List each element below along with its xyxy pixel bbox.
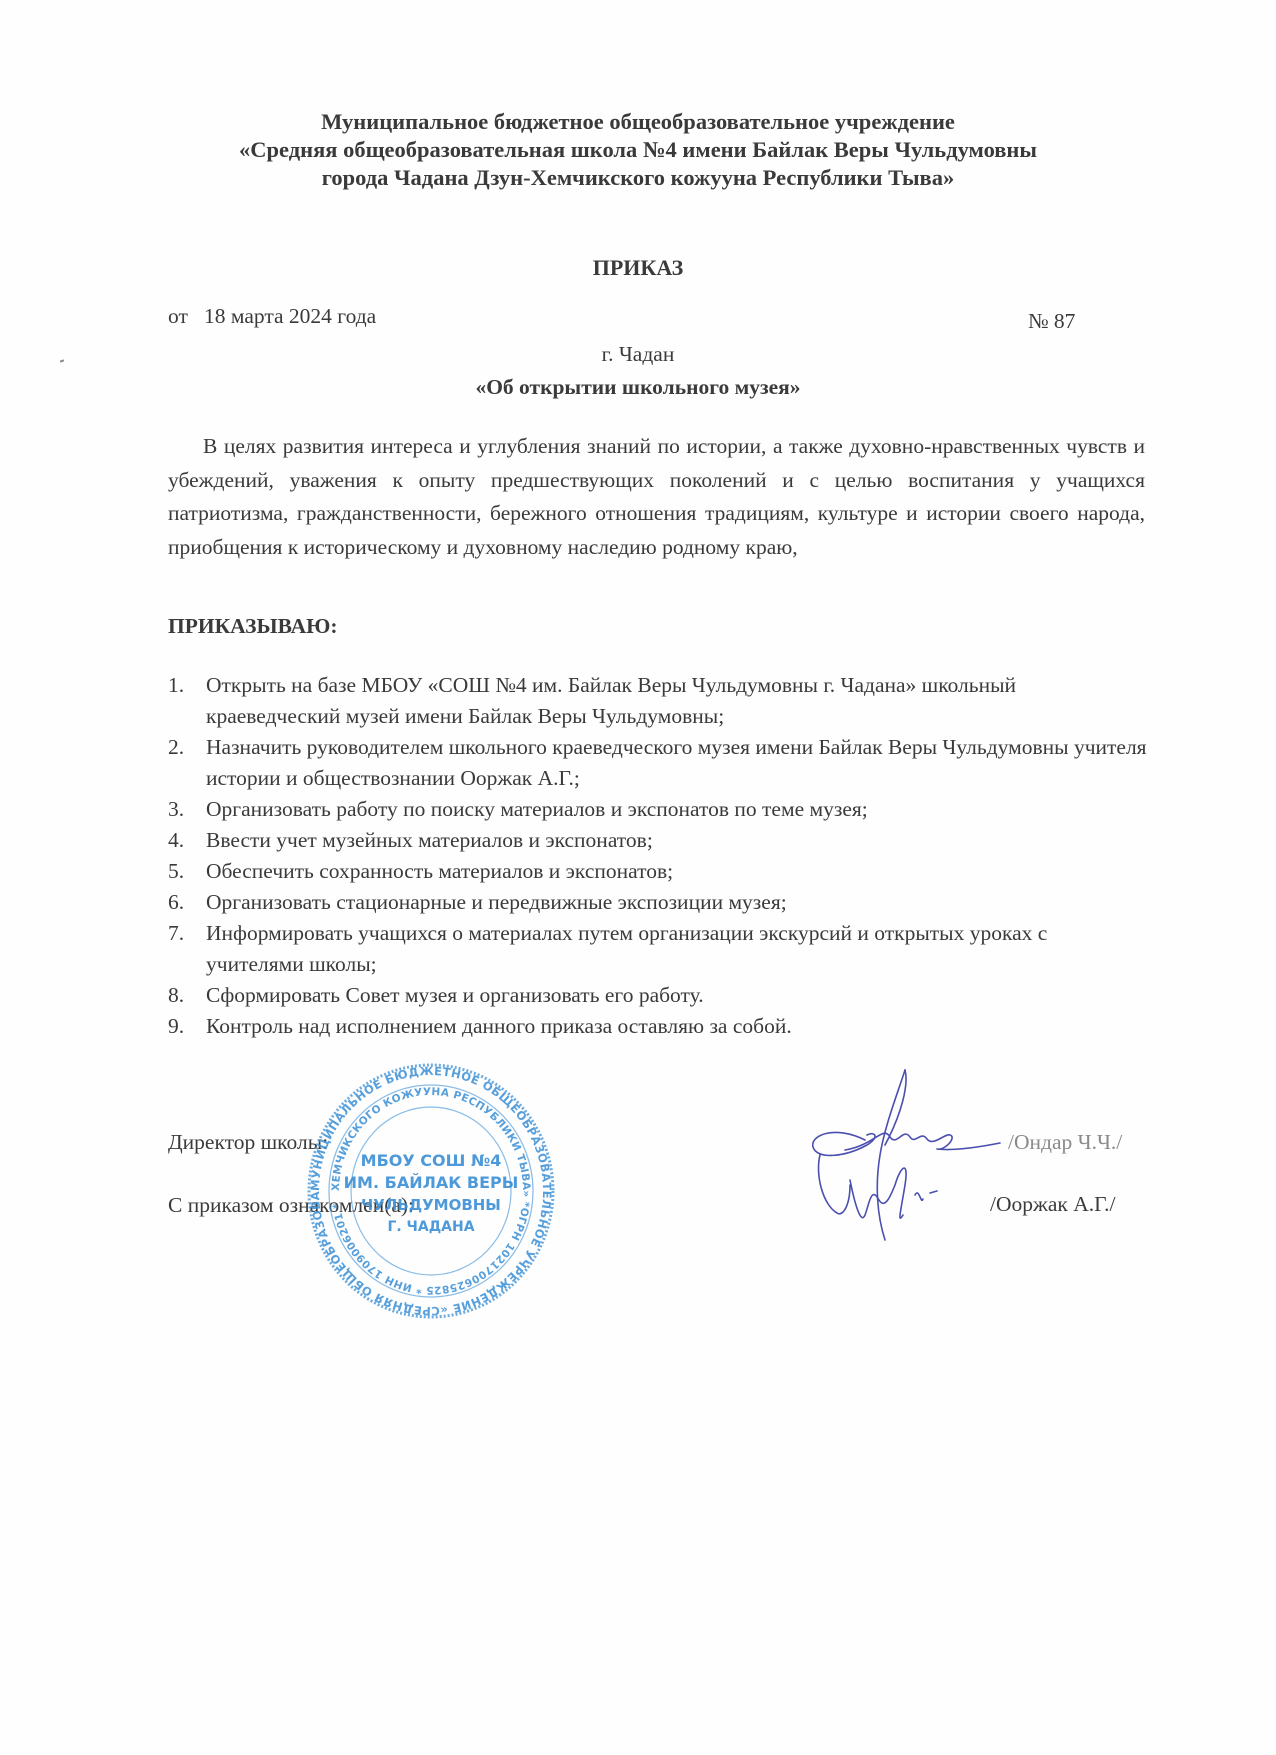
order-item: 7.Информировать учащихся о материалах пу… bbox=[168, 918, 1148, 980]
director-label: Директор школы: bbox=[168, 1130, 328, 1155]
order-items-list: 1.Открыть на базе МБОУ «СОШ №4 им. Байла… bbox=[168, 670, 1148, 1042]
official-stamp-icon: МУНИЦИПАЛЬНОЕ БЮДЖЕТНОЕ ОБЩЕОБРАЗОВАТЕЛЬ… bbox=[306, 1062, 556, 1320]
document-page: Муниципальное бюджетное общеобразователь… bbox=[0, 0, 1276, 1755]
organization-header: Муниципальное бюджетное общеобразователь… bbox=[0, 108, 1276, 192]
header-line-1: Муниципальное бюджетное общеобразователь… bbox=[0, 108, 1276, 136]
acknowledged-name: /Ооржак А.Г./ bbox=[990, 1192, 1115, 1217]
order-item: 9.Контроль над исполнением данного прика… bbox=[168, 1011, 1148, 1042]
order-city: г. Чадан bbox=[0, 342, 1276, 367]
order-subject: «Об открытии школьного музея» bbox=[0, 375, 1276, 400]
order-item: 5.Обеспечить сохранность материалов и эк… bbox=[168, 856, 1148, 887]
order-item: 6.Организовать стационарные и передвижны… bbox=[168, 887, 1148, 918]
order-number: № 87 bbox=[1028, 309, 1075, 334]
svg-text:МБОУ СОШ №4: МБОУ СОШ №4 bbox=[361, 1151, 502, 1170]
svg-text:ЧУЛЬДУМОВНЫ: ЧУЛЬДУМОВНЫ bbox=[361, 1196, 501, 1214]
director-name: /Ондар Ч.Ч./ bbox=[1008, 1130, 1122, 1155]
svg-text:ИМ. БАЙЛАК ВЕРЫ: ИМ. БАЙЛАК ВЕРЫ bbox=[344, 1173, 519, 1192]
header-line-3: города Чадана Дзун-Хемчикского кожууна Р… bbox=[0, 164, 1276, 192]
header-line-2: «Средняя общеобразовательная школа №4 им… bbox=[0, 136, 1276, 164]
order-directive: ПРИКАЗЫВАЮ: bbox=[168, 614, 338, 639]
order-item: 2.Назначить руководителем школьного крае… bbox=[168, 732, 1148, 794]
order-item: 8.Сформировать Совет музея и организоват… bbox=[168, 980, 1148, 1011]
order-preamble: В целях развития интереса и углубления з… bbox=[168, 430, 1145, 564]
document-title: ПРИКАЗ bbox=[0, 255, 1276, 281]
order-item: 3.Организовать работу по поиску материал… bbox=[168, 794, 1148, 825]
order-item: 4.Ввести учет музейных материалов и эксп… bbox=[168, 825, 1148, 856]
order-item: 1.Открыть на базе МБОУ «СОШ №4 им. Байла… bbox=[168, 670, 1148, 732]
handwritten-signature-icon bbox=[805, 1065, 1005, 1245]
order-date: от 18 марта 2024 года bbox=[168, 304, 376, 329]
svg-text:Г. ЧАДАНА: Г. ЧАДАНА bbox=[387, 1219, 474, 1235]
